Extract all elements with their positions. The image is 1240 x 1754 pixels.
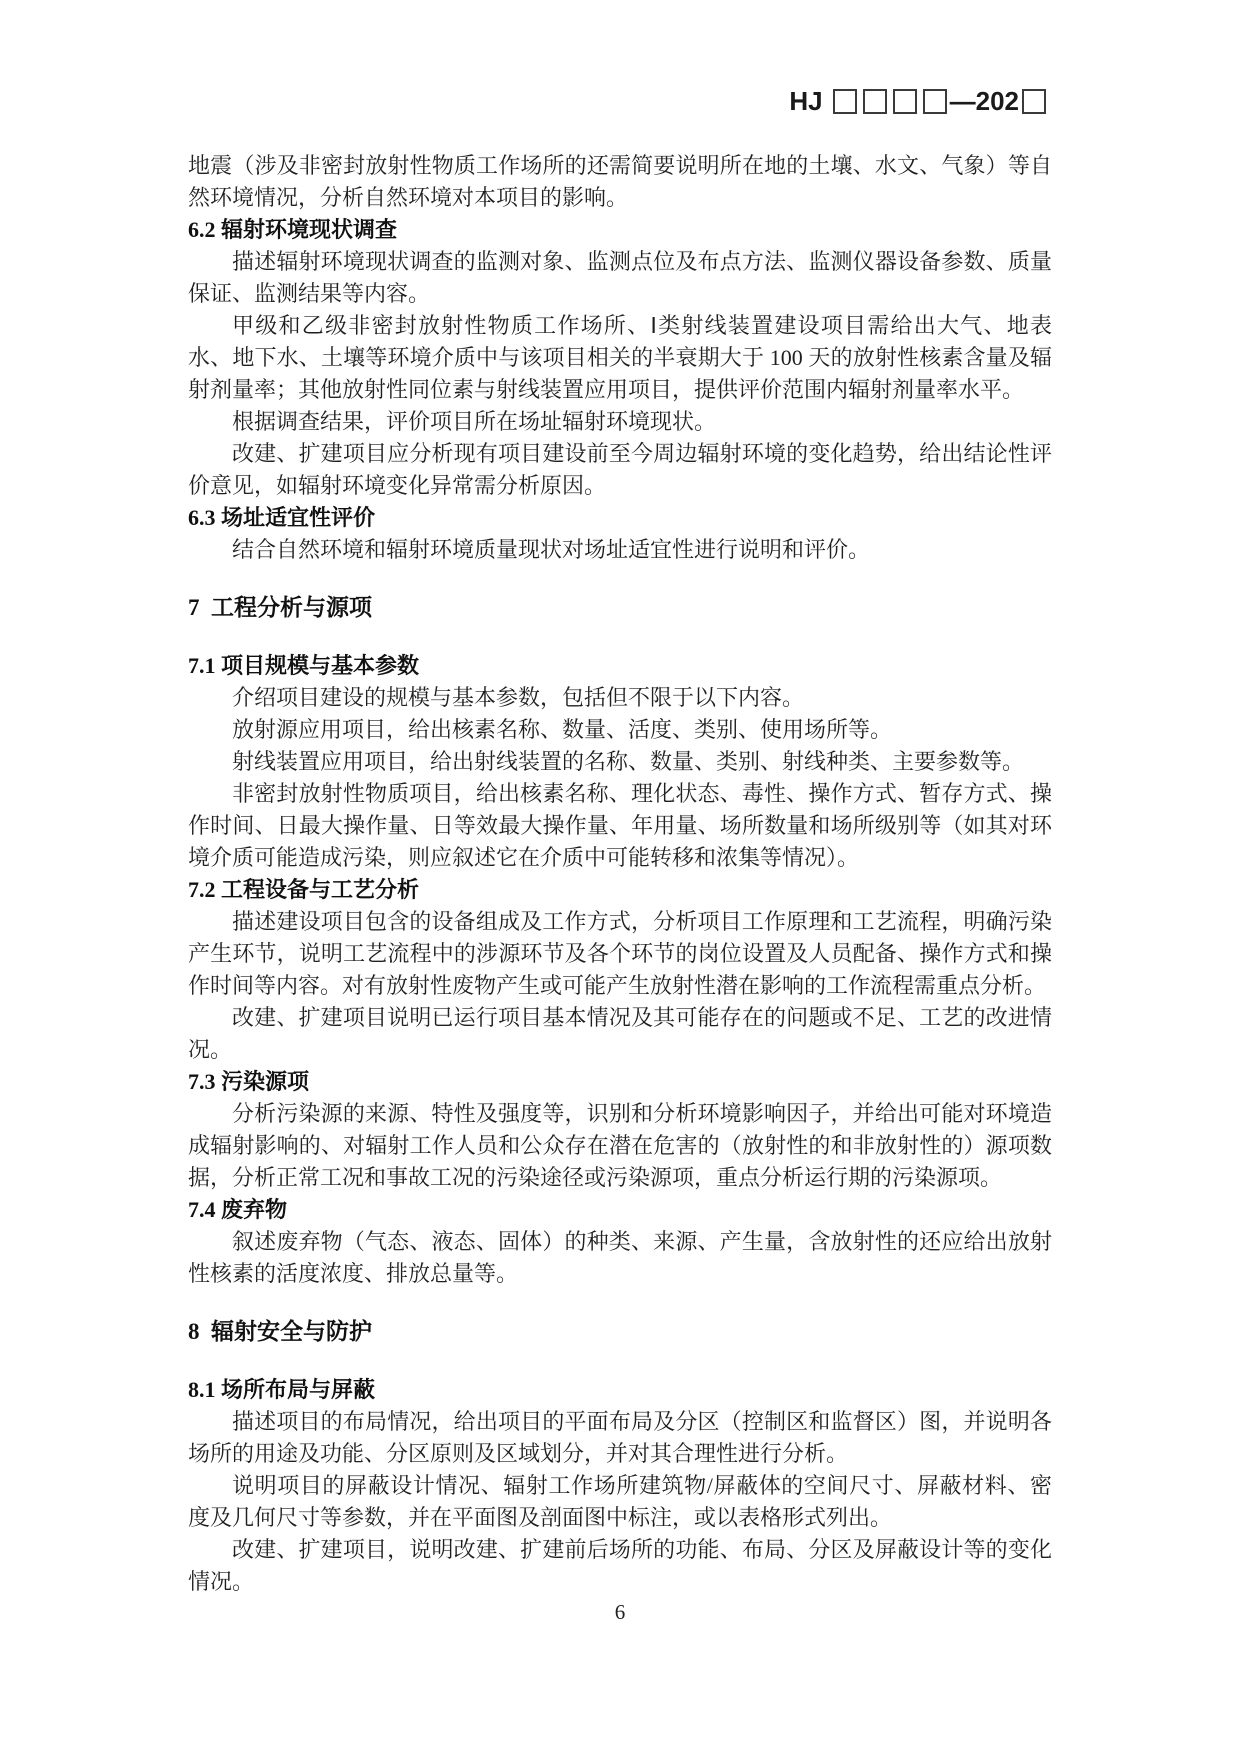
paragraph: 描述辐射环境现状调查的监测对象、监测点位及布点方法、监测仪器设备参数、质量保证、… — [188, 246, 1052, 310]
document-body: 地震（涉及非密封放射性物质工作场所的还需简要说明所在地的土壤、水文、气象）等自然… — [188, 150, 1052, 1598]
paragraph: 说明项目的屏蔽设计情况、辐射工作场所建筑物/屏蔽体的空间尺寸、屏蔽材料、密度及几… — [188, 1470, 1052, 1534]
paragraph: 改建、扩建项目应分析现有项目建设前至今周边辐射环境的变化趋势，给出结论性评价意见… — [188, 438, 1052, 502]
paragraph: 描述建设项目包含的设备组成及工作方式，分析项目工作原理和工艺流程，明确污染产生环… — [188, 906, 1052, 1002]
header-text: HJ — [789, 86, 822, 116]
paragraph: 甲级和乙级非密封放射性物质工作场所、Ⅰ类射线装置建设项目需给出大气、地表水、地下… — [188, 310, 1052, 406]
paragraph: 根据调查结果，评价项目所在场址辐射环境现状。 — [188, 406, 1052, 438]
paragraph: 射线装置应用项目，给出射线装置的名称、数量、类别、射线种类、主要参数等。 — [188, 746, 1052, 778]
blank-year-box-icon — [923, 89, 947, 114]
paragraph: 放射源应用项目，给出核素名称、数量、活度、类别、使用场所等。 — [188, 714, 1052, 746]
paragraph: 描述项目的布局情况，给出项目的平面布局及分区（控制区和监督区）图，并说明各场所的… — [188, 1406, 1052, 1470]
paragraph: 分析污染源的来源、特性及强度等，识别和分析环境影响因子，并给出可能对环境造成辐射… — [188, 1098, 1052, 1194]
standard-number-header: HJ—202 — [789, 86, 1049, 116]
chapter-heading: 7 工程分析与源项 — [188, 592, 1052, 624]
section-heading: 7.1 项目规模与基本参数 — [188, 650, 1052, 682]
paragraph: 介绍项目建设的规模与基本参数，包括但不限于以下内容。 — [188, 682, 1052, 714]
section-heading: 6.2 辐射环境现状调查 — [188, 214, 1052, 246]
page-number: 6 — [0, 1600, 1240, 1625]
section-heading: 7.4 废弃物 — [188, 1194, 1052, 1226]
blank-year-box-icon — [893, 89, 917, 114]
paragraph: 改建、扩建项目，说明改建、扩建前后场所的功能、布局、分区及屏蔽设计等的变化情况。 — [188, 1534, 1052, 1598]
chapter-heading: 8 辐射安全与防护 — [188, 1316, 1052, 1348]
paragraph: 叙述废弃物（气态、液态、固体）的种类、来源、产生量，含放射性的还应给出放射性核素… — [188, 1226, 1052, 1290]
section-heading: 7.3 污染源项 — [188, 1066, 1052, 1098]
section-heading: 8.1 场所布局与屏蔽 — [188, 1374, 1052, 1406]
paragraph: 非密封放射性物质项目，给出核素名称、理化状态、毒性、操作方式、暂存方式、操作时间… — [188, 778, 1052, 874]
section-heading: 7.2 工程设备与工艺分析 — [188, 874, 1052, 906]
blank-year-box-icon — [833, 89, 857, 114]
blank-year-box-icon — [863, 89, 887, 114]
paragraph: 结合自然环境和辐射环境质量现状对场址适宜性进行说明和评价。 — [188, 534, 1052, 566]
paragraph-continued: 地震（涉及非密封放射性物质工作场所的还需简要说明所在地的土壤、水文、气象）等自然… — [188, 150, 1052, 214]
header-text: —202 — [950, 86, 1019, 116]
document-page: HJ—202 地震（涉及非密封放射性物质工作场所的还需简要说明所在地的土壤、水文… — [0, 0, 1240, 1754]
section-heading: 6.3 场址适宜性评价 — [188, 502, 1052, 534]
paragraph: 改建、扩建项目说明已运行项目基本情况及其可能存在的问题或不足、工艺的改进情况。 — [188, 1002, 1052, 1066]
blank-year-box-icon — [1022, 89, 1046, 114]
